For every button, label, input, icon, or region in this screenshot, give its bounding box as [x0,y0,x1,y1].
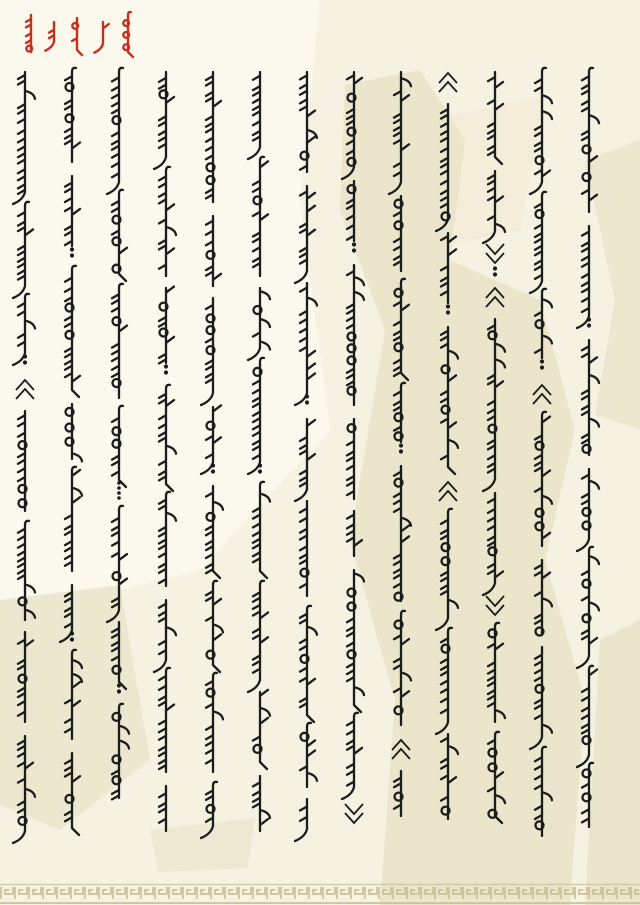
page-canvas [0,0,640,905]
background-watermark [0,0,640,905]
guillemet-open-mark [439,73,457,92]
guillemet-close-mark [486,244,504,263]
guillemet-close-mark [345,804,363,823]
meander-border [0,885,640,905]
article-page [0,0,640,905]
